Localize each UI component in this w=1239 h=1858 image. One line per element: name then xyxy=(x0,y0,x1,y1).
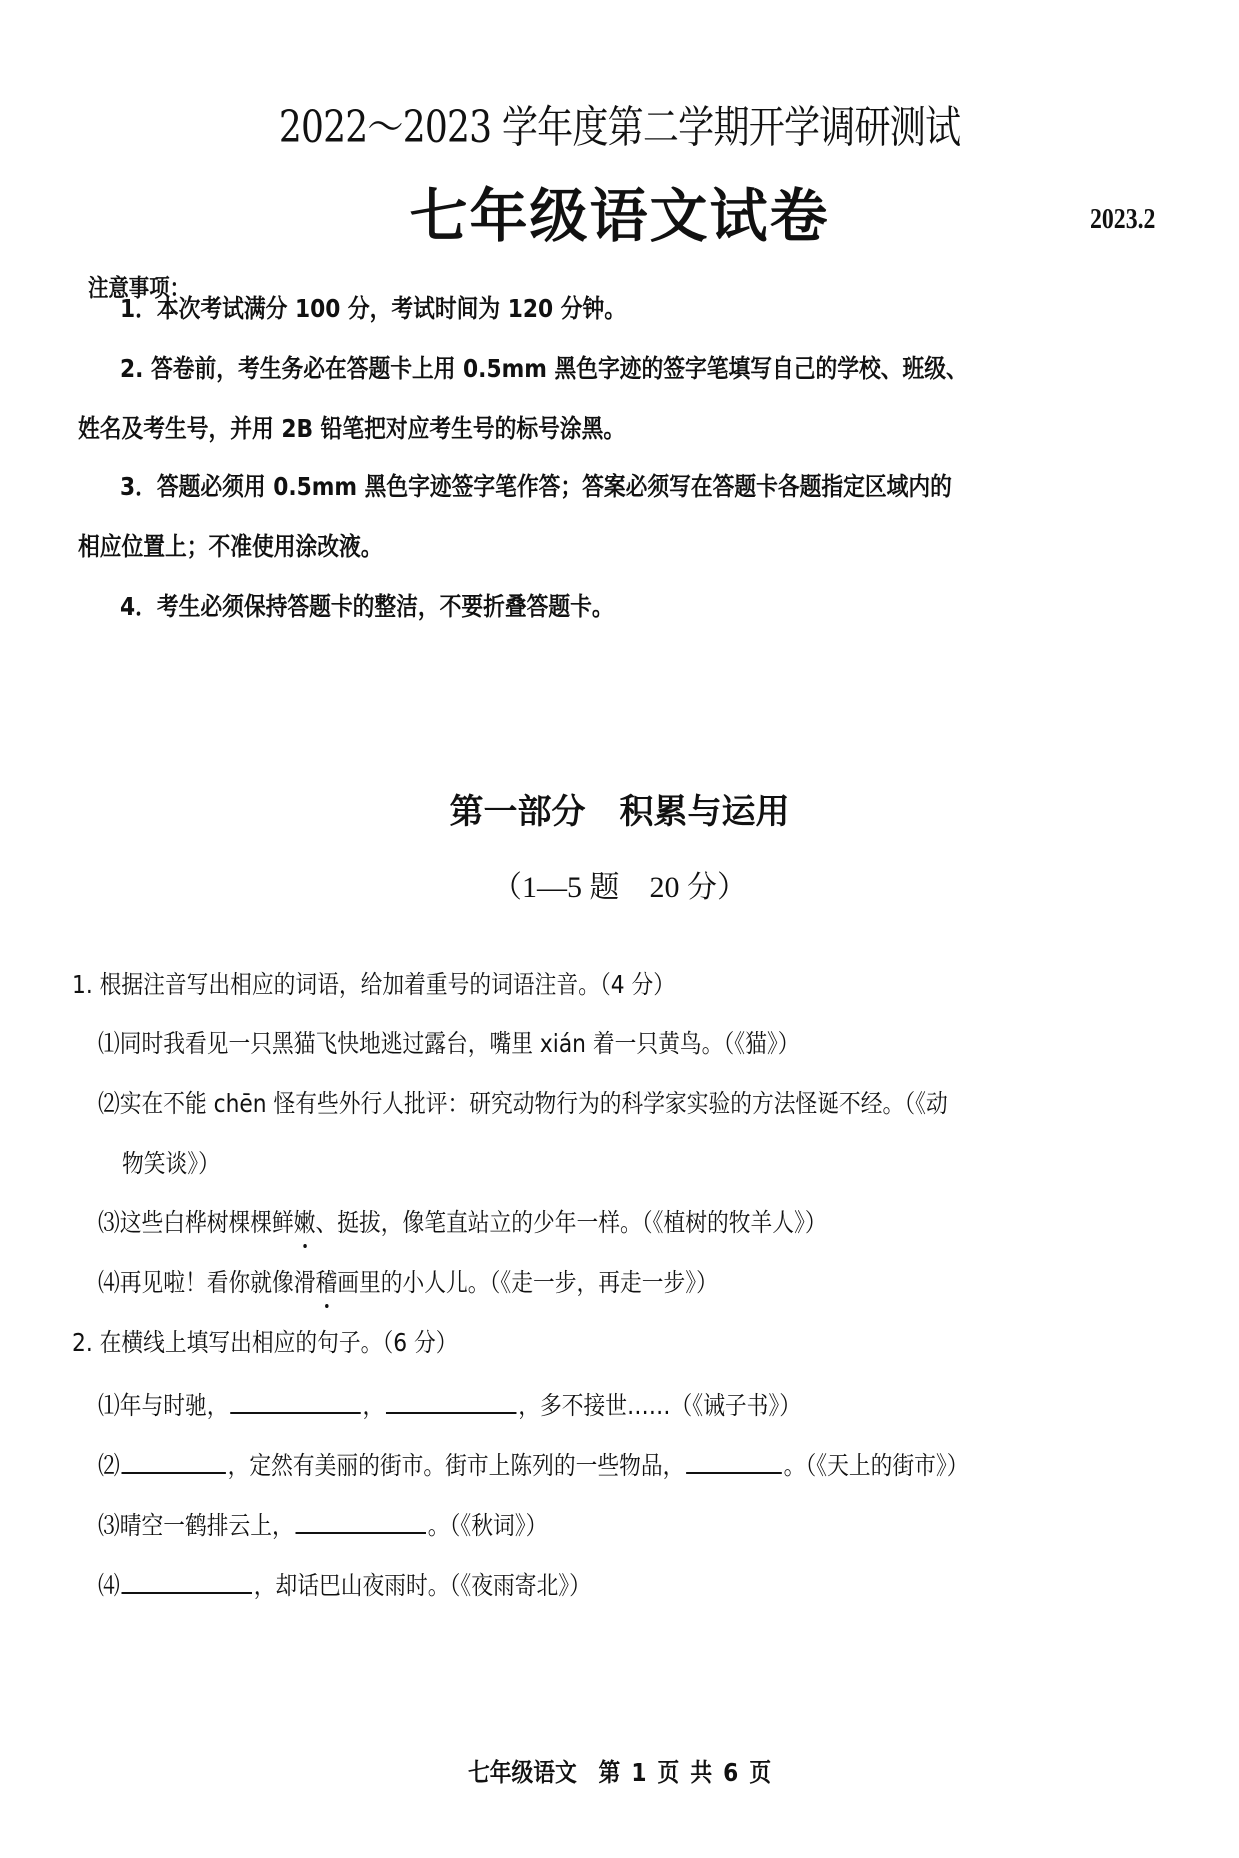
question-1-item-4: ⑷再见啦！看你就像滑稽画里的小人儿。（《走一步，再走一步》） xyxy=(98,1266,718,1300)
answer-blank[interactable] xyxy=(386,1386,517,1414)
question-2-stem: 2. 在横线上填写出相应的句子。（6 分） xyxy=(72,1326,458,1360)
item-text: 。（《秋词》） xyxy=(428,1511,548,1540)
paper-title: 七年级语文试卷 xyxy=(0,178,1239,254)
answer-blank[interactable] xyxy=(296,1506,427,1534)
question-1-item-3: ⑶这些白桦树棵棵鲜嫩、挺拔，像笔直站立的少年一样。（《植树的牧羊人》） xyxy=(98,1206,827,1240)
question-1-item-2: ⑵实在不能 chēn 怪有些外行人批评：研究动物行为的科学家实验的方法怪诞不经。… xyxy=(98,1087,948,1121)
notice-item-2-line-1: 2. 答卷前，考生务必在答题卡上用 0.5mm 黑色字迹的签字笔填写自己的学校、… xyxy=(120,352,968,386)
question-2-item-3: ⑶晴空一鹤排云上，。（《秋词》） xyxy=(98,1506,547,1543)
item-text: 。（《天上的街市》） xyxy=(784,1451,969,1480)
notice-item-3-line-2: 相应位置上；不准使用涂改液。 xyxy=(78,530,383,564)
item-text: ， xyxy=(362,1391,384,1420)
question-1-item-3-before: ⑶这些白桦树棵棵鲜 xyxy=(98,1208,294,1237)
answer-blank[interactable] xyxy=(122,1446,226,1474)
exam-page: 2022～2023 学年度第二学期开学调研测试 七年级语文试卷 2023.2 注… xyxy=(0,0,1239,1858)
page-footer: 七年级语文 第 1 页 共 6 页 xyxy=(81,1756,1159,1790)
question-1-item-3-after: 、挺拔，像笔直站立的少年一样。（《植树的牧羊人》） xyxy=(316,1208,827,1237)
question-1-item-4-after: 画里的小人儿。（《走一步，再走一步》） xyxy=(337,1268,718,1297)
notice-item-4: 4．考生必须保持答题卡的整洁，不要折叠答题卡。 xyxy=(120,590,614,624)
paper-date: 2023.2 xyxy=(1090,204,1155,236)
notice-item-2-line-2: 姓名及考生号，并用 2B 铅笔把对应考生号的标号涂黑。 xyxy=(78,412,625,446)
notice-item-3-line-1: 3．答题必须用 0.5mm 黑色字迹签字笔作答；答案必须写在答题卡各题指定区域内… xyxy=(120,470,952,504)
answer-blank[interactable] xyxy=(122,1566,253,1594)
question-1-item-2-cont: 物笑谈》） xyxy=(122,1147,220,1181)
emphasis-character: 稽 xyxy=(316,1266,338,1300)
answer-blank[interactable] xyxy=(686,1446,782,1474)
exam-title: 2022～2023 学年度第二学期开学调研测试 xyxy=(112,98,1128,158)
section-title: 第一部分 积累与运用 xyxy=(0,790,1239,834)
question-1-item-1: ⑴同时我看见一只黑猫飞快地逃过露台，嘴里 xián 着一只黄鸟。（《猫》） xyxy=(98,1027,799,1061)
item-text: ⑴年与时驰， xyxy=(98,1391,229,1420)
question-2-item-2: ⑵，定然有美丽的街市。街市上陈列的一些物品，。（《天上的街市》） xyxy=(98,1446,968,1483)
emphasis-character: 嫩 xyxy=(294,1206,316,1240)
item-text: ，定然有美丽的街市。街市上陈列的一些物品， xyxy=(228,1451,685,1480)
section-subtitle: （1—5 题 20 分） xyxy=(0,868,1239,908)
question-2-item-4: ⑷，却话巴山夜雨时。（《夜雨寄北》） xyxy=(98,1566,591,1603)
item-text: ⑶晴空一鹤排云上， xyxy=(98,1511,294,1540)
question-1-item-4-before: ⑷再见啦！看你就像滑 xyxy=(98,1268,316,1297)
item-text: ，却话巴山夜雨时。（《夜雨寄北》） xyxy=(254,1571,591,1600)
question-2-item-1: ⑴年与时驰，，，多不接世……（《诫子书》） xyxy=(98,1386,801,1423)
notice-item-1: 1．本次考试满分 100 分，考试时间为 120 分钟。 xyxy=(120,292,626,326)
question-1-stem: 1. 根据注音写出相应的词语，给加着重号的词语注音。（4 分） xyxy=(72,968,675,1002)
item-text: ⑷ xyxy=(98,1571,120,1600)
item-text: ⑵ xyxy=(98,1451,120,1480)
item-text: ，多不接世……（《诫子书》） xyxy=(518,1391,801,1420)
answer-blank[interactable] xyxy=(230,1386,361,1414)
